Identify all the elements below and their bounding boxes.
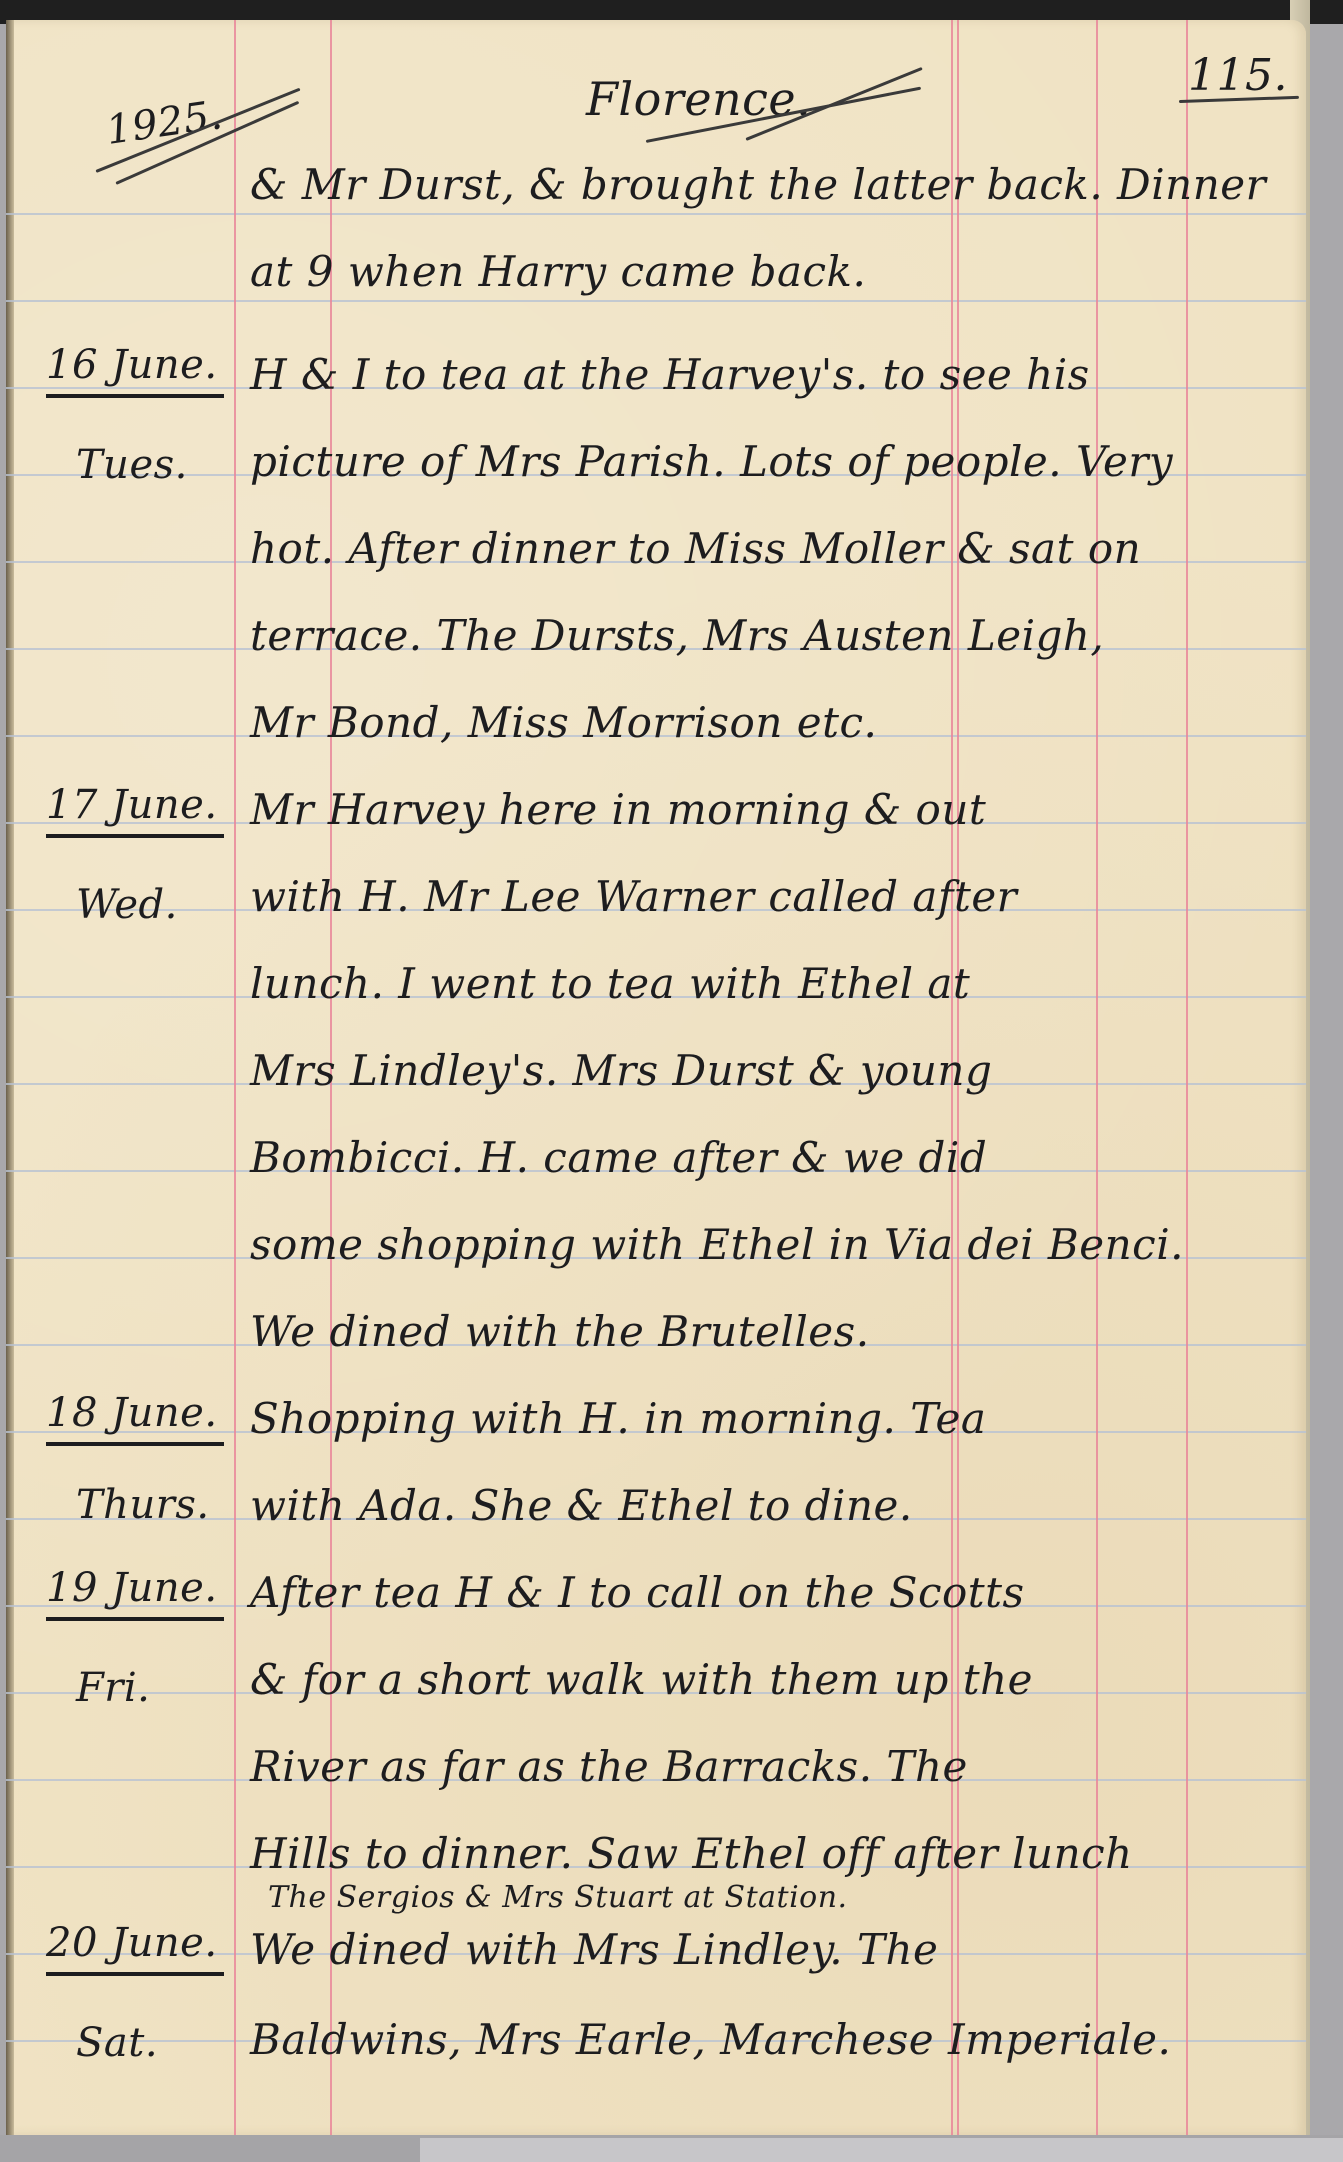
ruled-line: [6, 213, 1306, 215]
entry-line: with H. Mr Lee Warner called after: [250, 872, 1017, 921]
entry-line: Shopping with H. in morning. Tea: [250, 1394, 986, 1443]
entry-date: 20 June.: [46, 1920, 224, 1976]
entry-day: Tues.: [76, 442, 188, 488]
header-page-number: 115.: [1188, 50, 1288, 101]
entry-line: Mr Bond, Miss Morrison etc.: [250, 698, 877, 747]
entry-line: hot. After dinner to Miss Moller & sat o…: [250, 524, 1141, 573]
entry-day: Sat.: [76, 2020, 158, 2066]
ruled-line: [6, 300, 1306, 302]
entry-line: & for a short walk with them up the: [250, 1655, 1033, 1704]
entry-line: Mr Harvey here in morning & out: [250, 785, 986, 834]
entry-day: Fri.: [76, 1665, 150, 1711]
entry-date: 19 June.: [46, 1565, 224, 1621]
margin-rule: [1096, 20, 1098, 2135]
entry-line: After tea H & I to call on the Scotts: [250, 1568, 1025, 1617]
entry-line: We dined with Mrs Lindley. The: [250, 1925, 938, 1974]
entry-line: Baldwins, Mrs Earle, Marchese Imperiale.: [250, 2015, 1171, 2064]
entry-line: some shopping with Ethel in Via dei Benc…: [250, 1220, 1184, 1269]
margin-rule: [234, 20, 236, 2135]
scan-background-light: [420, 2138, 1343, 2162]
entry-line: H & I to tea at the Harvey's. to see his: [250, 350, 1090, 399]
entry-line: Hills to dinner. Saw Ethel off after lun…: [250, 1829, 1133, 1878]
margin-rule: [1186, 20, 1188, 2135]
entry-line: Mrs Lindley's. Mrs Durst & young: [250, 1046, 992, 1095]
entry-line: with Ada. She & Ethel to dine.: [250, 1481, 913, 1530]
entry-line: picture of Mrs Parish. Lots of people. V…: [250, 437, 1173, 486]
entry-line: Bombicci. H. came after & we did: [250, 1133, 987, 1182]
diary-page: 1925. Florence. 115. & Mr Durst, & broug…: [6, 20, 1306, 2135]
entry-line: River as far as the Barracks. The: [250, 1742, 968, 1791]
entry-day: Thurs.: [76, 1482, 210, 1528]
entry-date: 17 June.: [46, 782, 224, 838]
entry-line: & Mr Durst, & brought the latter back. D…: [250, 160, 1266, 209]
entry-line: terrace. The Dursts, Mrs Austen Leigh,: [250, 611, 1104, 660]
entry-line: We dined with the Brutelles.: [250, 1307, 870, 1356]
header-place-title: Florence.: [586, 72, 811, 126]
entry-insert-note: The Sergios & Mrs Stuart at Station.: [268, 1880, 848, 1915]
page-binding: [6, 20, 14, 2135]
entry-date: 18 June.: [46, 1390, 224, 1446]
entry-line: at 9 when Harry came back.: [250, 247, 866, 296]
entry-date: 16 June.: [46, 342, 224, 398]
entry-line: lunch. I went to tea with Ethel at: [250, 959, 970, 1008]
entry-day: Wed.: [76, 882, 178, 928]
